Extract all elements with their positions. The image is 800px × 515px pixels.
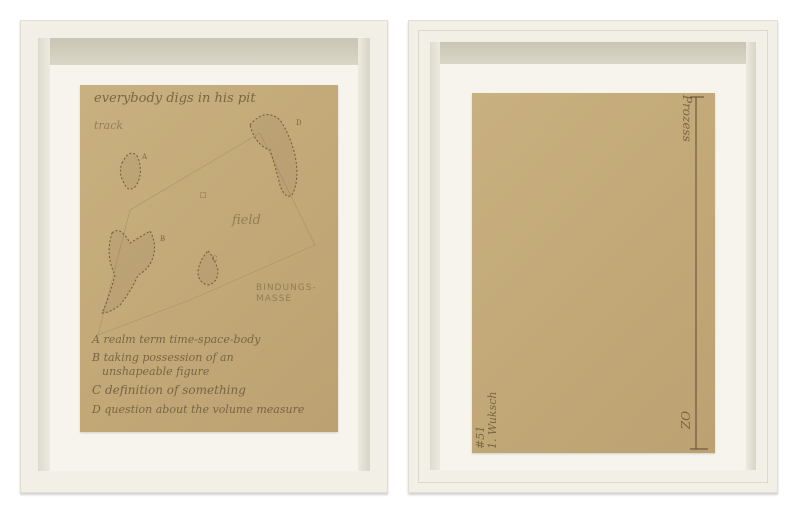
legend-item-b: B taking possession of an (92, 351, 234, 364)
left-frame-side-right (358, 38, 370, 471)
label-field: field (232, 213, 261, 228)
right-frame-side-left (430, 42, 440, 470)
legend-item-d: D question about the volume measure (92, 403, 304, 416)
label-prozess: Prozess (680, 95, 694, 142)
label-track: track (94, 119, 123, 132)
right-frame-shadow-wall (430, 42, 756, 64)
right-drawing (472, 93, 715, 453)
marker-d: D (296, 119, 302, 127)
label-binding-mass: BINDUNGS- MASSE (256, 283, 317, 305)
marker-a: A (142, 153, 147, 161)
marker-b: B (160, 235, 165, 243)
legend-item-a: A realm term time-space-body (92, 333, 260, 346)
left-paper: everybody digs in his pit track A D □ fi… (80, 85, 338, 432)
label-wuksch: 1. Wuksch (486, 392, 499, 450)
title-line: everybody digs in his pit (94, 91, 256, 106)
legend-item-b-cont: unshapeable figure (102, 365, 209, 378)
marker-c: C (212, 255, 217, 263)
left-frame-shadow-wall (38, 38, 370, 65)
center-mark: □ (200, 191, 207, 199)
left-drawing (80, 85, 338, 432)
left-frame-side-left (38, 38, 50, 471)
label-oz: OZ (678, 411, 692, 429)
right-frame-side-right (746, 42, 756, 470)
legend-item-c: C definition of something (92, 383, 246, 397)
right-paper: Prozess OZ #51 1. Wuksch (472, 93, 715, 453)
